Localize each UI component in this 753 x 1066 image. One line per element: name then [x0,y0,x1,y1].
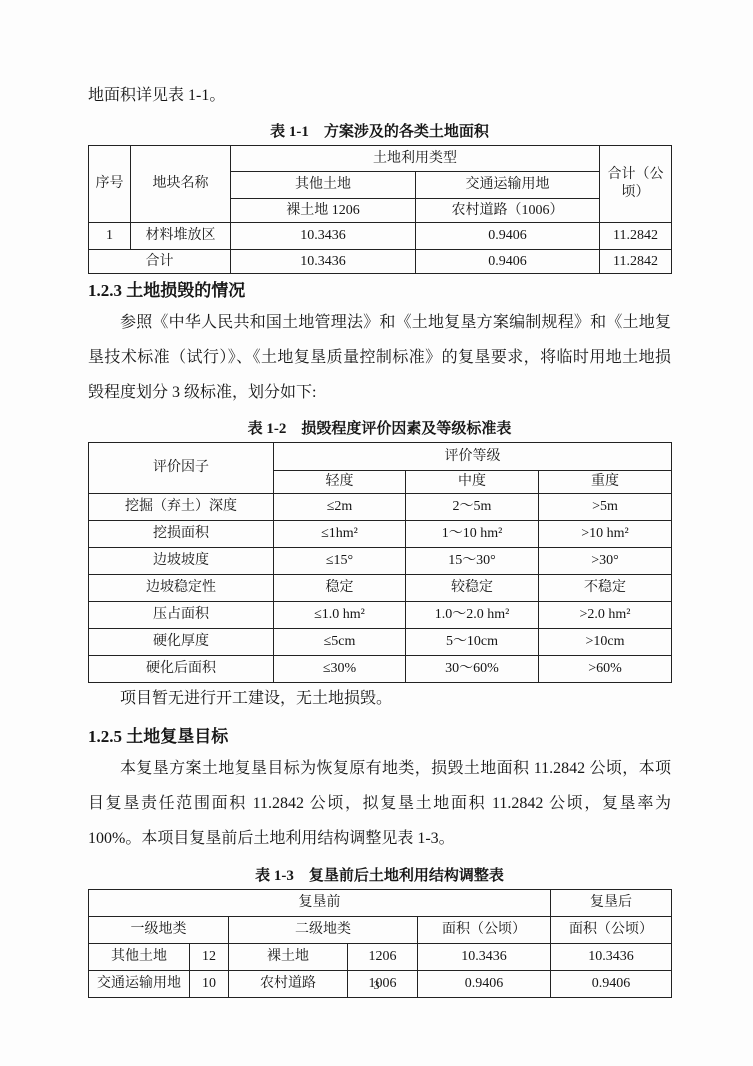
header-block-name: 地块名称 [131,146,231,223]
header-before: 复垦前 [89,890,551,917]
section-1-2-5-paragraph: 本复垦方案土地复垦目标为恢复原有地类，损毁土地面积 11.2842 公顷，本项目… [88,751,671,856]
table-row: 压占面积 ≤1.0 hm² 1.0～2.0 hm² >2.0 hm² [89,602,672,629]
table-1-3-title: 表 1-3 复垦前后土地利用结构调整表 [88,866,671,886]
table-row: 硬化后面积 ≤30% 30～60% >60% [89,656,672,683]
cell-other: 10.3436 [231,223,416,250]
header-medium: 中度 [406,471,539,494]
cell-factor: 边坡坡度 [89,548,274,575]
table-row: 挖损面积 ≤1hm² 1～10 hm² >10 hm² [89,521,672,548]
header-area-after: 面积（公顷） [551,917,672,944]
header-level1: 一级地类 [89,917,229,944]
intro-text: 地面积详见表 1-1。 [88,86,671,106]
table-row: 复垦前 复垦后 [89,890,672,917]
page-number: 3 [0,978,753,993]
cell-area-after: 10.3436 [551,944,672,971]
cell-transport: 0.9406 [416,250,600,274]
table-row: 挖掘（弃土）深度 ≤2m 2～5m >5m [89,494,672,521]
table-row: 1 材料堆放区 10.3436 0.9406 11.2842 [89,223,672,250]
cell-transport: 0.9406 [416,223,600,250]
cell-light: ≤2m [274,494,406,521]
table-1-1-title: 表 1-1 方案涉及的各类土地面积 [88,122,671,142]
header-factor: 评价因子 [89,443,274,494]
cell-light: ≤30% [274,656,406,683]
no-damage-note: 项目暂无进行开工建设，无土地损毁。 [88,689,671,709]
cell-medium: 1.0～2.0 hm² [406,602,539,629]
cell-heavy: >30° [539,548,672,575]
cell-seq: 1 [89,223,131,250]
cell-total: 11.2842 [600,250,672,274]
table-row: 边坡坡度 ≤15° 15～30° >30° [89,548,672,575]
subheader-rural-road: 农村道路（1006） [416,199,600,223]
cell-medium: 2～5m [406,494,539,521]
cell-area-before: 10.3436 [418,944,551,971]
section-1-2-3-heading: 1.2.3 土地损毁的情况 [88,280,671,302]
subheader-bare-land: 裸土地 1206 [231,199,416,223]
header-grade: 评价等级 [274,443,672,471]
section-1-2-5-heading: 1.2.5 土地复垦目标 [88,726,671,748]
cell-level2-code: 1206 [348,944,418,971]
cell-level2: 裸土地 [229,944,348,971]
cell-medium: 15～30° [406,548,539,575]
header-level2: 二级地类 [229,917,418,944]
table-row: 评价因子 评价等级 [89,443,672,471]
table-row: 一级地类 二级地类 面积（公顷） 面积（公顷） [89,917,672,944]
header-total: 合计（公顷） [600,146,672,223]
header-area-before: 面积（公顷） [418,917,551,944]
cell-medium: 较稳定 [406,575,539,602]
cell-medium: 30～60% [406,656,539,683]
table-1-2-title: 表 1-2 损毁程度评价因素及等级标准表 [88,419,671,439]
cell-heavy: >5m [539,494,672,521]
cell-total: 11.2842 [600,223,672,250]
table-row: 边坡稳定性 稳定 较稳定 不稳定 [89,575,672,602]
cell-light: ≤1.0 hm² [274,602,406,629]
header-heavy: 重度 [539,471,672,494]
cell-factor: 硬化后面积 [89,656,274,683]
cell-name: 材料堆放区 [131,223,231,250]
cell-light: 稳定 [274,575,406,602]
table-row: 其他土地 12 裸土地 1206 10.3436 10.3436 [89,944,672,971]
cell-factor: 边坡稳定性 [89,575,274,602]
header-after: 复垦后 [551,890,672,917]
cell-medium: 5～10cm [406,629,539,656]
header-transport-land: 交通运输用地 [416,172,600,199]
table-1-2: 评价因子 评价等级 轻度 中度 重度 挖掘（弃土）深度 ≤2m 2～5m >5m… [88,442,672,683]
header-light: 轻度 [274,471,406,494]
section-1-2-3-paragraph: 参照《中华人民共和国土地管理法》和《土地复垦方案编制规程》和《土地复垦技术标准（… [88,305,671,410]
cell-sum-label: 合计 [89,250,231,274]
header-other-land: 其他土地 [231,172,416,199]
cell-heavy: 不稳定 [539,575,672,602]
cell-light: ≤5cm [274,629,406,656]
cell-factor: 挖掘（弃土）深度 [89,494,274,521]
table-row: 硬化厚度 ≤5cm 5～10cm >10cm [89,629,672,656]
table-1-1: 序号 地块名称 土地利用类型 合计（公顷） 其他土地 交通运输用地 裸土地 12… [88,145,672,274]
table-row: 序号 地块名称 土地利用类型 合计（公顷） [89,146,672,172]
cell-light: ≤1hm² [274,521,406,548]
cell-heavy: >60% [539,656,672,683]
cell-light: ≤15° [274,548,406,575]
document-page: 地面积详见表 1-1。 表 1-1 方案涉及的各类土地面积 序号 地块名称 土地… [0,0,753,1066]
header-seq: 序号 [89,146,131,223]
cell-factor: 压占面积 [89,602,274,629]
cell-heavy: >10cm [539,629,672,656]
table-row: 合计 10.3436 0.9406 11.2842 [89,250,672,274]
cell-heavy: >10 hm² [539,521,672,548]
cell-medium: 1～10 hm² [406,521,539,548]
cell-level1: 其他土地 [89,944,190,971]
cell-heavy: >2.0 hm² [539,602,672,629]
cell-other: 10.3436 [231,250,416,274]
cell-factor: 挖损面积 [89,521,274,548]
header-land-use-type: 土地利用类型 [231,146,600,172]
cell-level1-code: 12 [190,944,229,971]
cell-factor: 硬化厚度 [89,629,274,656]
